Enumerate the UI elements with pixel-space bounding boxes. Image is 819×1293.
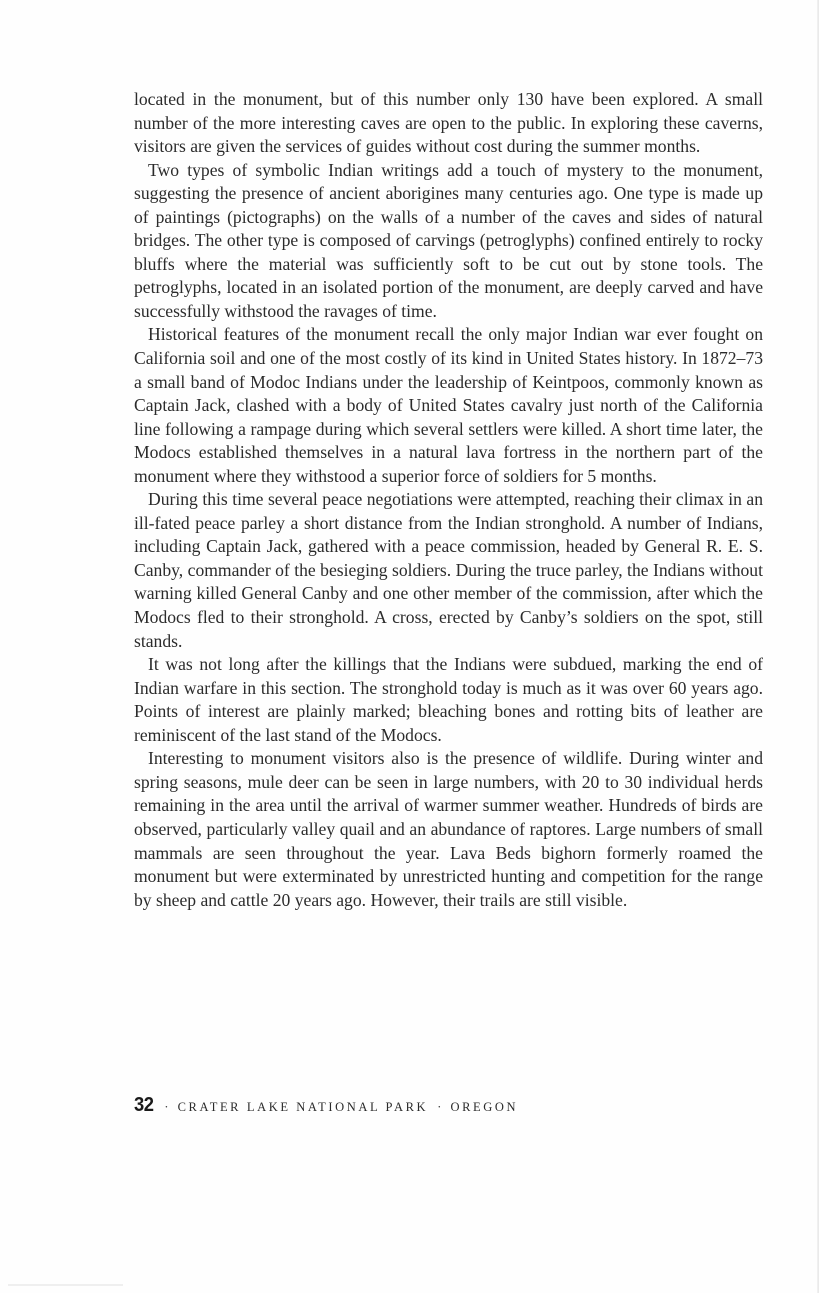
paragraph-historical-features: Historical features of the monument reca… (134, 323, 763, 488)
scan-artifact (8, 1284, 123, 1286)
paragraph-indian-writings: Two types of symbolic Indian writings ad… (134, 159, 763, 324)
paragraph-caves-continued: located in the monument, but of this num… (134, 88, 763, 159)
paragraph-peace-negotiations: During this time several peace negotiati… (134, 488, 763, 653)
document-page: located in the monument, but of this num… (0, 0, 819, 1293)
body-text: located in the monument, but of this num… (134, 88, 763, 912)
paragraph-wildlife: Interesting to monument visitors also is… (134, 747, 763, 912)
running-title-state: OREGON (450, 1100, 518, 1115)
footer-separator: · (164, 1099, 168, 1115)
running-title-park: CRATER LAKE NATIONAL PARK (178, 1100, 429, 1115)
footer-separator: · (437, 1099, 441, 1115)
paragraph-indians-subdued: It was not long after the killings that … (134, 653, 763, 747)
page-footer: 32 · CRATER LAKE NATIONAL PARK · OREGON (134, 1094, 518, 1116)
page-number: 32 (134, 1094, 154, 1117)
